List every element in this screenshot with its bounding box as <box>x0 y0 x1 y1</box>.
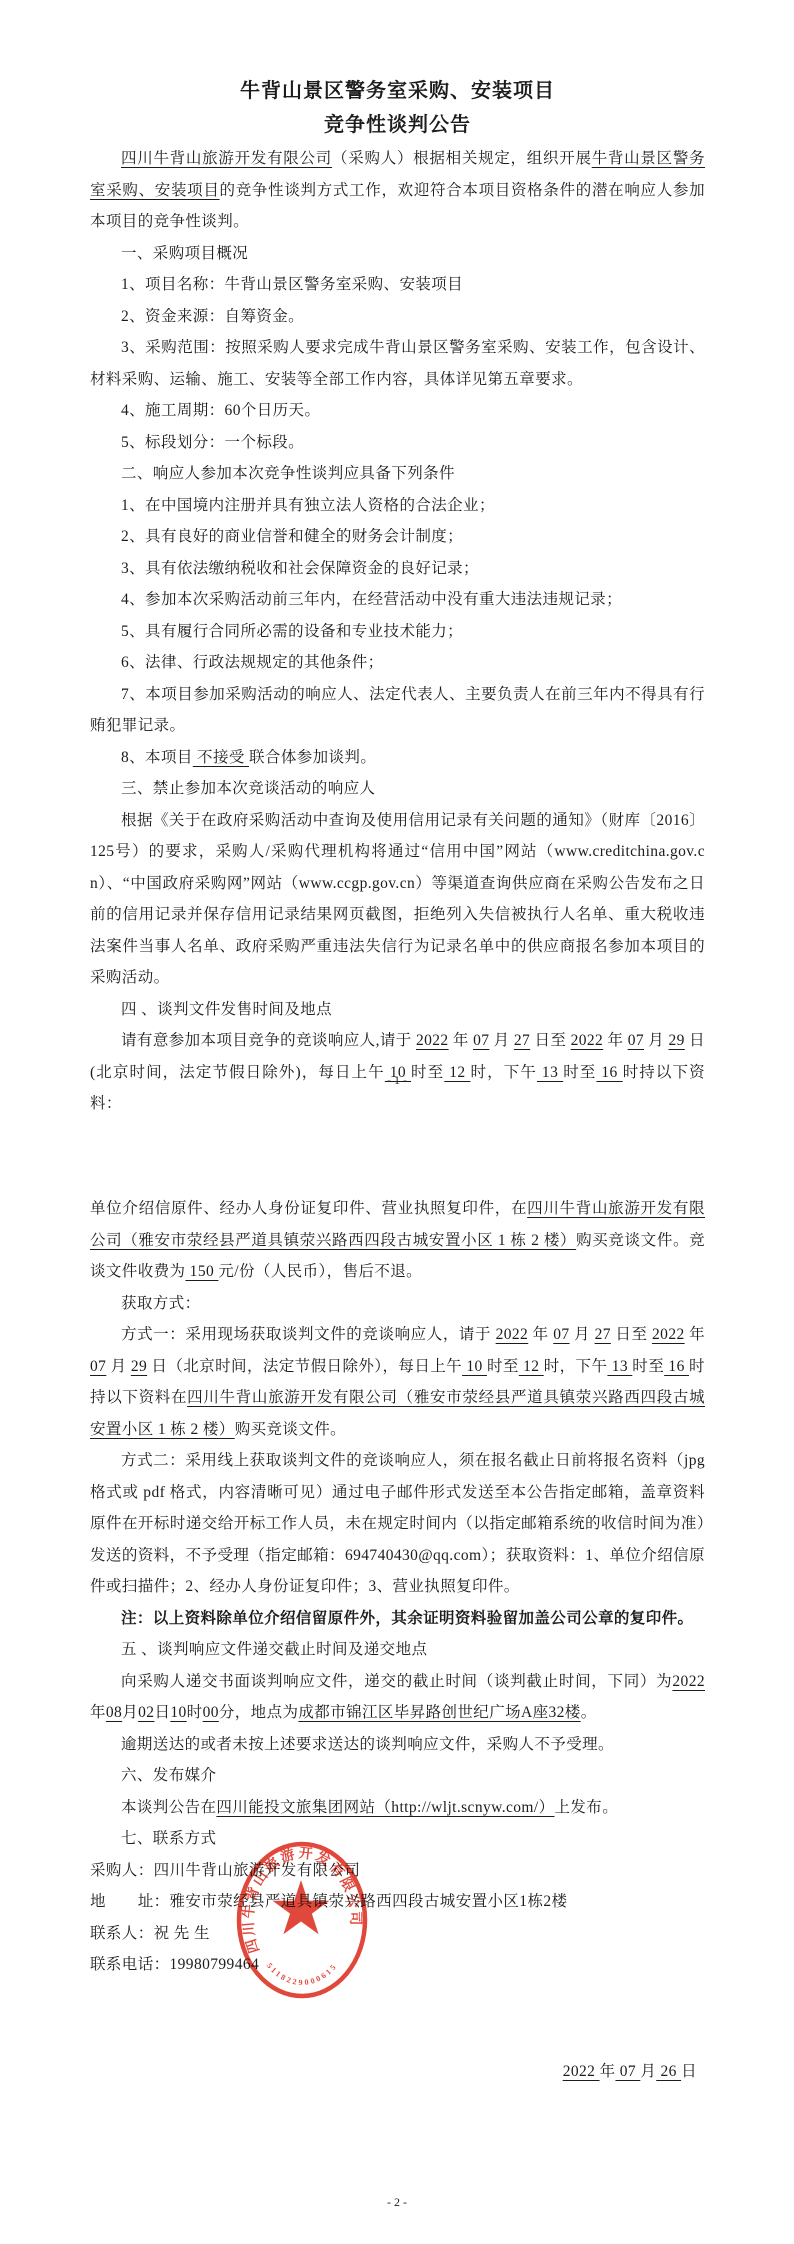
text: 4、参加本次采购活动前三年内，在经营活动中没有重大违法违规记录； <box>121 591 622 608</box>
text: 二、响应人参加本次竞争性谈判应具备下列条件 <box>121 465 455 482</box>
text: 月 <box>489 1032 513 1049</box>
section-1-heading: 一、采购项目概况 <box>90 238 705 270</box>
underlined-text: 29 <box>668 1032 684 1049</box>
text: 四 、谈判文件发售时间及地点 <box>121 1001 332 1018</box>
text: 联系人：祝 先 生 <box>90 1925 210 1942</box>
text: 时 <box>187 1704 203 1721</box>
text: 6、法律、行政法规规定的其他条件； <box>121 654 384 671</box>
section-3-heading: 三、禁止参加本次竞谈活动的响应人 <box>90 773 705 805</box>
text: 月 <box>106 1358 131 1375</box>
paragraph: 方式一：采用现场获取谈判文件的竞谈响应人，请于 2022 年 07 月 27 日… <box>90 1319 705 1445</box>
paragraph: 1、在中国境内注册并具有独立法人资格的合法企业； <box>90 490 705 522</box>
text: 采购人：四川牛背山旅游开发有限公司 <box>90 1862 360 1879</box>
paragraph: 2、具有良好的商业信誉和健全的财务会计制度； <box>90 521 705 553</box>
underlined-text: 2022 <box>672 1673 705 1690</box>
text: 日至 <box>530 1032 570 1049</box>
underlined-text: 成都市锦江区毕昇路创世纪广场A座32楼 <box>298 1704 580 1721</box>
purchaser-line: 采购人：四川牛背山旅游开发有限公司 <box>90 1855 705 1887</box>
text: 日至 <box>611 1326 652 1343</box>
page-number-1: - 1 - <box>0 1074 794 1086</box>
paragraph: 8、本项目 不接受 联合体参加谈判。 <box>90 742 705 774</box>
underlined-text: 07 <box>90 1358 106 1375</box>
text: 地 址：雅安市荥经县严道具镇荥兴路西四段古城安置小区1栋2楼 <box>90 1893 567 1910</box>
underlined-text: 四川牛背山旅游开发有限公司 <box>121 150 332 167</box>
underlined-text: 2022 <box>416 1032 449 1049</box>
text: 年 <box>449 1032 473 1049</box>
contact-phone-line: 联系电话：19980799464 <box>90 1949 705 1981</box>
underlined-text: 10 <box>170 1704 186 1721</box>
text: 上发布。 <box>555 1799 619 1816</box>
text: 5、具有履行合同所必需的设备和专业技术能力； <box>121 623 463 640</box>
document: 牛背山景区警务室采购、安装项目 竞争性谈判公告 四川牛背山旅游开发有限公司（采购… <box>0 0 794 2244</box>
paragraph: 5、标段划分：一个标段。 <box>90 427 705 459</box>
text: 单位介绍信原件、经办人身份证复印件、营业执照复印件，在 <box>90 1200 527 1217</box>
underlined-text: 16 <box>664 1358 689 1375</box>
underlined-text: 00 <box>203 1704 219 1721</box>
text: 月 <box>644 1032 668 1049</box>
underlined-text: 02 <box>138 1704 154 1721</box>
underlined-text: 07 <box>553 1326 569 1343</box>
text: 请有意参加本项目竞争的竞谈响应人,请于 <box>121 1032 416 1049</box>
text: 根据《关于在政府采购活动中查询及使用信用记录有关问题的通知》（财库〔2016〕1… <box>90 812 705 987</box>
paragraph: 6、法律、行政法规规定的其他条件； <box>90 647 705 679</box>
paragraph: 7、本项目参加采购活动的响应人、法定代表人、主要负责人在前三年内不得具有行贿犯罪… <box>90 679 705 742</box>
text: 六、发布媒介 <box>121 1767 216 1784</box>
text: 8、本项目 <box>121 749 193 766</box>
underlined-text: 07 <box>628 1032 644 1049</box>
text: 月 <box>640 2063 656 2080</box>
paragraph: 四川牛背山旅游开发有限公司（采购人）根据相关规定，组织开展牛背山景区警务室采购、… <box>90 143 705 238</box>
text: 7、本项目参加采购活动的响应人、法定代表人、主要负责人在前三年内不得具有行贿犯罪… <box>90 686 705 735</box>
text: 三、禁止参加本次竞谈活动的响应人 <box>121 780 375 797</box>
underlined-text: 2022 <box>496 1326 529 1343</box>
text: 本谈判公告在 <box>121 1799 216 1816</box>
underlined-text: 29 <box>131 1358 147 1375</box>
section-5-heading: 五 、谈判响应文件递交截止时间及递交地点 <box>90 1634 705 1666</box>
text: 时，下午 <box>544 1358 608 1375</box>
text: 方式二：采用线上获取谈判文件的竞谈响应人，须在报名截止日前将报名资料（jpg 格… <box>90 1452 705 1595</box>
text: 元/份（人民币），售后不退。 <box>218 1263 422 1280</box>
text: 年 <box>685 1326 705 1343</box>
page-1-body: 四川牛背山旅游开发有限公司（采购人）根据相关规定，组织开展牛背山景区警务室采购、… <box>90 143 705 1120</box>
paragraph: 根据《关于在政府采购活动中查询及使用信用记录有关问题的通知》（财库〔2016〕1… <box>90 805 705 994</box>
underlined-text: 27 <box>514 1032 530 1049</box>
paragraph: 单位介绍信原件、经办人身份证复印件、营业执照复印件，在四川牛背山旅游开发有限公司… <box>90 1193 705 1288</box>
underlined-text: 26 <box>656 2063 681 2080</box>
text: 一、采购项目概况 <box>121 245 248 262</box>
text: 日 <box>681 2063 697 2080</box>
text: 联系电话：19980799464 <box>90 1956 259 1973</box>
paragraph: 4、施工周期：60个日历天。 <box>90 395 705 427</box>
document-title-line-2: 竞争性谈判公告 <box>90 108 705 142</box>
underlined-text: 不接受 <box>193 749 249 766</box>
page-2: 单位介绍信原件、经办人身份证复印件、营业执照复印件，在四川牛背山旅游开发有限公司… <box>0 1122 794 2244</box>
paragraph: 方式二：采用线上获取谈判文件的竞谈响应人，须在报名截止日前将报名资料（jpg 格… <box>90 1445 705 1603</box>
underlined-text: 四川能投文旅集团网站（http://wljt.scnyw.com/） <box>216 1799 554 1816</box>
text: 分，地点为 <box>219 1704 299 1721</box>
underlined-text: 12 <box>519 1358 544 1375</box>
underlined-text: 2022 <box>652 1326 685 1343</box>
paragraph: 1、项目名称：牛背山景区警务室采购、安装项目 <box>90 269 705 301</box>
underlined-text: 150 <box>185 1263 218 1280</box>
section-7-heading: 七、联系方式 <box>90 1823 705 1855</box>
paragraph: 5、具有履行合同所必需的设备和专业技术能力； <box>90 616 705 648</box>
underlined-text: 2022 <box>571 1032 604 1049</box>
underlined-text: 08 <box>106 1704 122 1721</box>
text: 注：以上资料除单位介绍信留原件外，其余证明资料验留加盖公司公章的复印件。 <box>121 1610 693 1627</box>
text: 3、具有依法缴纳税收和社会保障资金的良好记录； <box>121 560 479 577</box>
address-line: 地 址：雅安市荥经县严道具镇荥兴路西四段古城安置小区1栋2楼 <box>90 1886 705 1918</box>
text: （采购人）根据相关规定，组织开展 <box>332 150 592 167</box>
text: 向采购人递交书面谈判响应文件，递交的截止时间（谈判截止时间，下同）为 <box>121 1673 672 1690</box>
text: 年 <box>600 2063 616 2080</box>
text: 购买竞谈文件。 <box>235 1421 346 1438</box>
underlined-text: 2022 <box>563 2063 600 2080</box>
text: 逾期送达的或者未按上述要求送达的谈判响应文件，采购人不予受理。 <box>121 1736 614 1753</box>
text: 日 <box>154 1704 170 1721</box>
text: 2、资金来源：自筹资金。 <box>121 308 304 325</box>
underlined-text: 07 <box>473 1032 489 1049</box>
paragraph: 逾期送达的或者未按上述要求送达的谈判响应文件，采购人不予受理。 <box>90 1729 705 1761</box>
section-4-heading: 四 、谈判文件发售时间及地点 <box>90 994 705 1026</box>
text: 联合体参加谈判。 <box>249 749 376 766</box>
text: 年 <box>90 1704 106 1721</box>
underlined-text: 07 <box>615 2063 640 2080</box>
text: 。 <box>581 1704 597 1721</box>
underlined-text: 13 <box>607 1358 632 1375</box>
document-title-line-1: 牛背山景区警务室采购、安装项目 <box>90 74 705 108</box>
section-6-heading: 六、发布媒介 <box>90 1760 705 1792</box>
paragraph: 2、资金来源：自筹资金。 <box>90 301 705 333</box>
paragraph: 4、参加本次采购活动前三年内，在经营活动中没有重大违法违规记录； <box>90 584 705 616</box>
text: 5、标段划分：一个标段。 <box>121 434 304 451</box>
text: 时至 <box>632 1358 664 1375</box>
text: 2、具有良好的商业信誉和健全的财务会计制度； <box>121 528 463 545</box>
text: 七、联系方式 <box>121 1830 216 1847</box>
text: 月 <box>122 1704 138 1721</box>
section-2-heading: 二、响应人参加本次竞争性谈判应具备下列条件 <box>90 458 705 490</box>
contact-person-line: 联系人：祝 先 生 <box>90 1918 705 1950</box>
note-line: 注：以上资料除单位介绍信留原件外，其余证明资料验留加盖公司公章的复印件。 <box>90 1603 705 1635</box>
page-2-body: 单位介绍信原件、经办人身份证复印件、营业执照复印件，在四川牛背山旅游开发有限公司… <box>90 1193 705 2087</box>
text: 年 <box>603 1032 627 1049</box>
text: 方式一：采用现场获取谈判文件的竞谈响应人，请于 <box>121 1326 496 1343</box>
paragraph: 3、具有依法缴纳税收和社会保障资金的良好记录； <box>90 553 705 585</box>
text: 年 <box>528 1326 553 1343</box>
text: 3、采购范围：按照采购人要求完成牛背山景区警务室采购、安装工作，包含设计、材料采… <box>90 339 705 388</box>
text: 1、项目名称：牛背山景区警务室采购、安装项目 <box>121 276 463 293</box>
text: 1、在中国境内注册并具有独立法人资格的合法企业； <box>121 497 495 514</box>
text: 日（北京时间，法定节假日除外），每日上午 <box>147 1358 462 1375</box>
paragraph: 本谈判公告在四川能投文旅集团网站（http://wljt.scnyw.com/）… <box>90 1792 705 1824</box>
page-number-2: - 2 - <box>0 2196 794 2208</box>
text: 五 、谈判响应文件递交截止时间及递交地点 <box>121 1641 427 1658</box>
paragraph: 获取方式： <box>90 1288 705 1320</box>
underlined-text: 27 <box>595 1326 611 1343</box>
paragraph: 3、采购范围：按照采购人要求完成牛背山景区警务室采购、安装工作，包含设计、材料采… <box>90 332 705 395</box>
page-1-content: 牛背山景区警务室采购、安装项目 竞争性谈判公告 四川牛背山旅游开发有限公司（采购… <box>0 0 794 1120</box>
text: 月 <box>570 1326 595 1343</box>
underlined-text: 10 <box>462 1358 487 1375</box>
announcement-date: 2022 年 07 月 26 日 <box>90 2056 705 2088</box>
page-2-content: 单位介绍信原件、经办人身份证复印件、营业执照复印件，在四川牛背山旅游开发有限公司… <box>0 1122 794 2087</box>
text: 时至 <box>487 1358 519 1375</box>
paragraph: 向采购人递交书面谈判响应文件，递交的截止时间（谈判截止时间，下同）为2022年0… <box>90 1666 705 1729</box>
text: 4、施工周期：60个日历天。 <box>121 402 320 419</box>
text: 获取方式： <box>121 1295 201 1312</box>
page-1: 牛背山景区警务室采购、安装项目 竞争性谈判公告 四川牛背山旅游开发有限公司（采购… <box>0 0 794 1122</box>
